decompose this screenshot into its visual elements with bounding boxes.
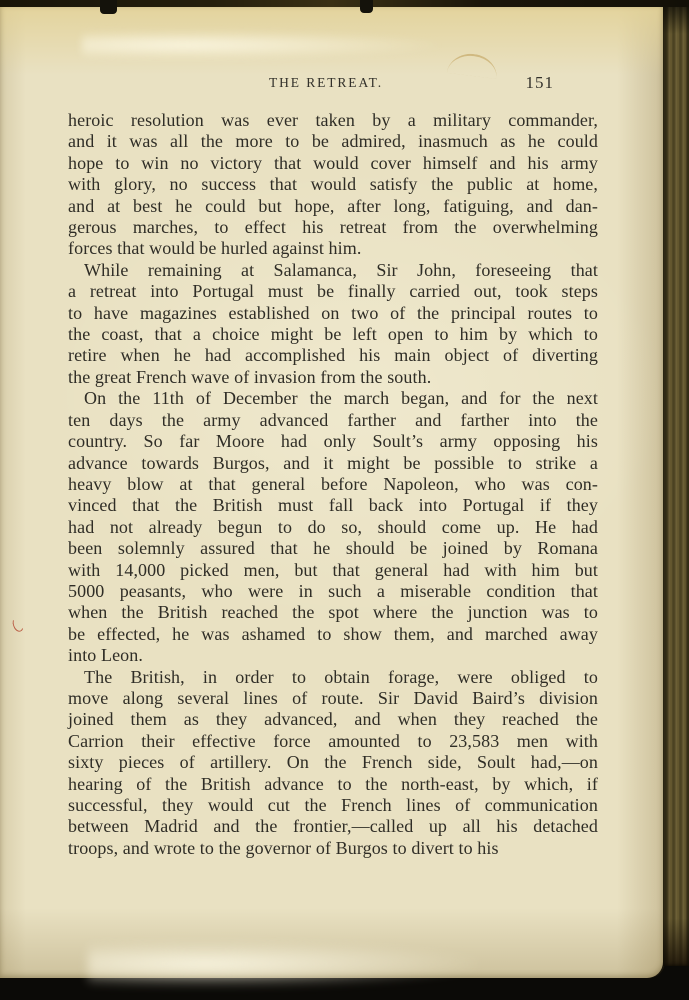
page-number: 151 [526, 73, 555, 93]
text-line: to have magazines established on two of … [68, 303, 598, 324]
text-line: ten days the army advanced farther and f… [68, 410, 598, 431]
text-line: hearing of the British advance to the no… [68, 774, 598, 795]
scan-smudge-bottom [88, 942, 478, 986]
text-line: with 14,000 picked men, but that general… [68, 560, 598, 581]
text-line: country. So far Moore had only Soult’s a… [68, 431, 598, 452]
clamp-tab-icon [100, 0, 117, 14]
clamp-tab-icon [360, 0, 373, 13]
text-line: and it was all the more to be admired, i… [68, 131, 598, 152]
text-line: heavy blow at that general before Napole… [68, 474, 598, 495]
book-page: THE RETREAT. 151 heroic resolution was e… [0, 7, 663, 978]
text-line: hope to win no victory that would cover … [68, 153, 598, 174]
text-line: Carrion their effective force amounted t… [68, 731, 598, 752]
paragraph: heroic resolution was ever taken by a mi… [68, 110, 598, 260]
book-fore-edge [663, 0, 689, 966]
pencil-mark [11, 616, 26, 634]
text-line: On the 11th of December the march began,… [68, 388, 598, 409]
paragraph: The British, in order to obtain forage, … [68, 667, 598, 860]
text-line: with glory, no success that would satisf… [68, 174, 598, 195]
text-line: be effected, he was ashamed to show them… [68, 624, 598, 645]
text-line: move along several lines of route. Sir D… [68, 688, 598, 709]
text-line: troops, and wrote to the governor of Bur… [68, 838, 598, 859]
text-line: and at best he could but hope, after lon… [68, 196, 598, 217]
paragraph: While remaining at Salamanca, Sir John, … [68, 260, 598, 388]
scan-smudge-top [82, 31, 442, 59]
text-line: a retreat into Portugal must be finally … [68, 281, 598, 302]
paragraph: On the 11th of December the march began,… [68, 388, 598, 666]
text-line: had not already begun to do so, should c… [68, 517, 598, 538]
text-line: between Madrid and the frontier,—called … [68, 816, 598, 837]
text-line: been solemnly assured that he should be … [68, 538, 598, 559]
text-line: when the British reached the spot where … [68, 602, 598, 623]
text-line: forces that would be hurled against him. [68, 238, 598, 259]
text-line: the great French wave of invasion from t… [68, 367, 598, 388]
text-line: retire when he had accomplished his main… [68, 345, 598, 366]
text-line: advance towards Burgos, and it might be … [68, 453, 598, 474]
text-line: joined them as they advanced, and when t… [68, 709, 598, 730]
text-line: 5000 peasants, who were in such a misera… [68, 581, 598, 602]
text-line: heroic resolution was ever taken by a mi… [68, 110, 598, 131]
text-block: heroic resolution was ever taken by a mi… [68, 110, 598, 859]
text-line: While remaining at Salamanca, Sir John, … [68, 260, 598, 281]
text-line: gerous marches, to effect his retreat fr… [68, 217, 598, 238]
text-line: sixty pieces of artillery. On the French… [68, 752, 598, 773]
text-line: successful, they would cut the French li… [68, 795, 598, 816]
text-line: into Leon. [68, 645, 598, 666]
running-header: THE RETREAT. 151 [68, 75, 598, 97]
text-line: vinced that the British must fall back i… [68, 495, 598, 516]
book-photo: THE RETREAT. 151 heroic resolution was e… [0, 0, 689, 1000]
text-line: The British, in order to obtain forage, … [68, 667, 598, 688]
running-title: THE RETREAT. [269, 75, 383, 91]
text-line: the coast, that a choice might be left o… [68, 324, 598, 345]
